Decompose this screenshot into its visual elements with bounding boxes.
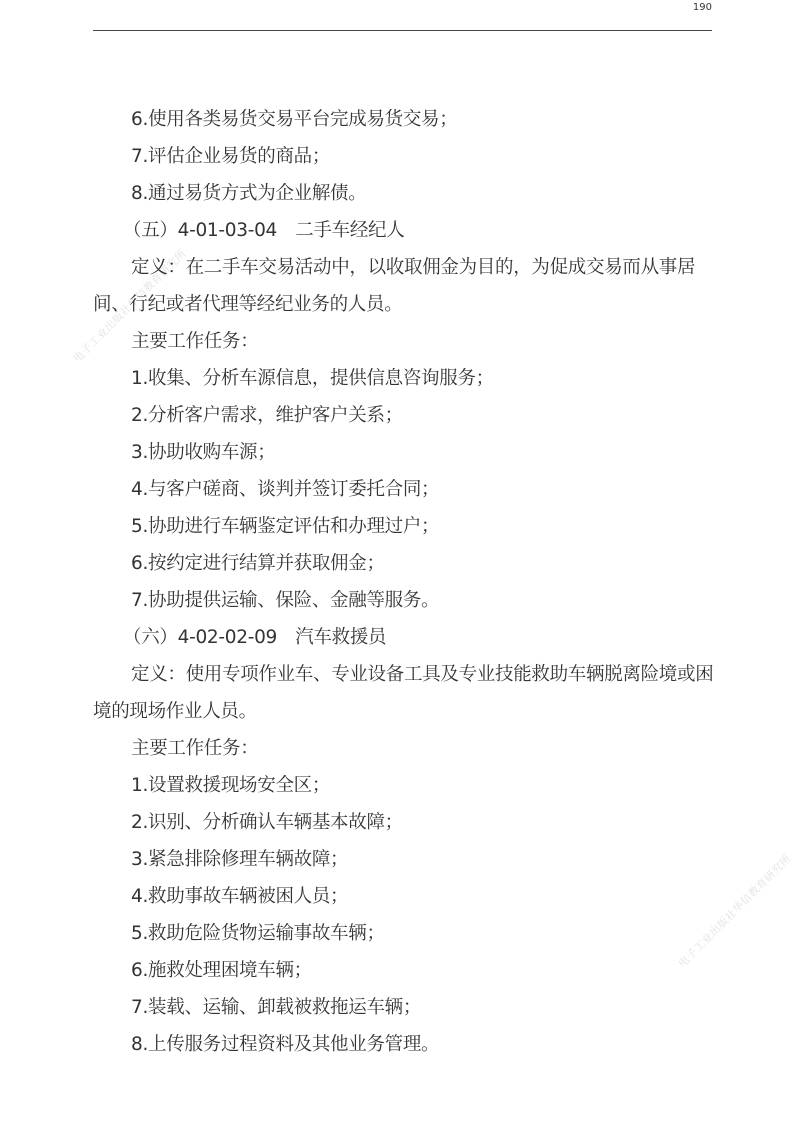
list-item: 5.救助危险货物运输事故车辆；: [93, 915, 713, 952]
section-heading: （六）4-02-02-09 汽车救援员: [93, 619, 713, 656]
list-item: 8.上传服务过程资料及其他业务管理。: [93, 1026, 713, 1063]
list-item: 2.分析客户需求，维护客户关系；: [93, 397, 713, 434]
list-item: 8.通过易货方式为企业解债。: [93, 175, 713, 212]
header-divider: [93, 30, 712, 31]
definition-paragraph-continued: 间、行纪或者代理等经纪业务的人员。: [93, 286, 713, 323]
document-body: 6.使用各类易货交易平台完成易货交易； 7.评估企业易货的商品； 8.通过易货方…: [93, 101, 713, 1063]
definition-paragraph-continued: 境的现场作业人员。: [93, 693, 713, 730]
definition-paragraph: 定义：使用专项作业车、专业设备工具及专业技能救助车辆脱离险境或困: [93, 656, 713, 693]
list-item: 7.协助提供运输、保险、金融等服务。: [93, 582, 713, 619]
page-number: 190: [680, 2, 712, 13]
list-item: 3.紧急排除修理车辆故障；: [93, 841, 713, 878]
list-item: 4.救助事故车辆被困人员；: [93, 878, 713, 915]
list-item: 4.与客户磋商、谈判并签订委托合同；: [93, 471, 713, 508]
list-item: 5.协助进行车辆鉴定评估和办理过户；: [93, 508, 713, 545]
list-item: 6.使用各类易货交易平台完成易货交易；: [93, 101, 713, 138]
list-item: 7.评估企业易货的商品；: [93, 138, 713, 175]
list-item: 1.设置救援现场安全区；: [93, 767, 713, 804]
list-item: 6.施救处理困境车辆；: [93, 952, 713, 989]
list-item: 1.收集、分析车源信息，提供信息咨询服务；: [93, 360, 713, 397]
tasks-label: 主要工作任务：: [93, 323, 713, 360]
list-item: 7.装载、运输、卸载被救拖运车辆；: [93, 989, 713, 1026]
section-heading: （五）4-01-03-04 二手车经纪人: [93, 212, 713, 249]
list-item: 2.识别、分析确认车辆基本故障；: [93, 804, 713, 841]
list-item: 3.协助收购车源；: [93, 434, 713, 471]
list-item: 6.按约定进行结算并获取佣金；: [93, 545, 713, 582]
tasks-label: 主要工作任务：: [93, 730, 713, 767]
definition-paragraph: 定义：在二手车交易活动中，以收取佣金为目的，为促成交易而从事居: [93, 249, 713, 286]
